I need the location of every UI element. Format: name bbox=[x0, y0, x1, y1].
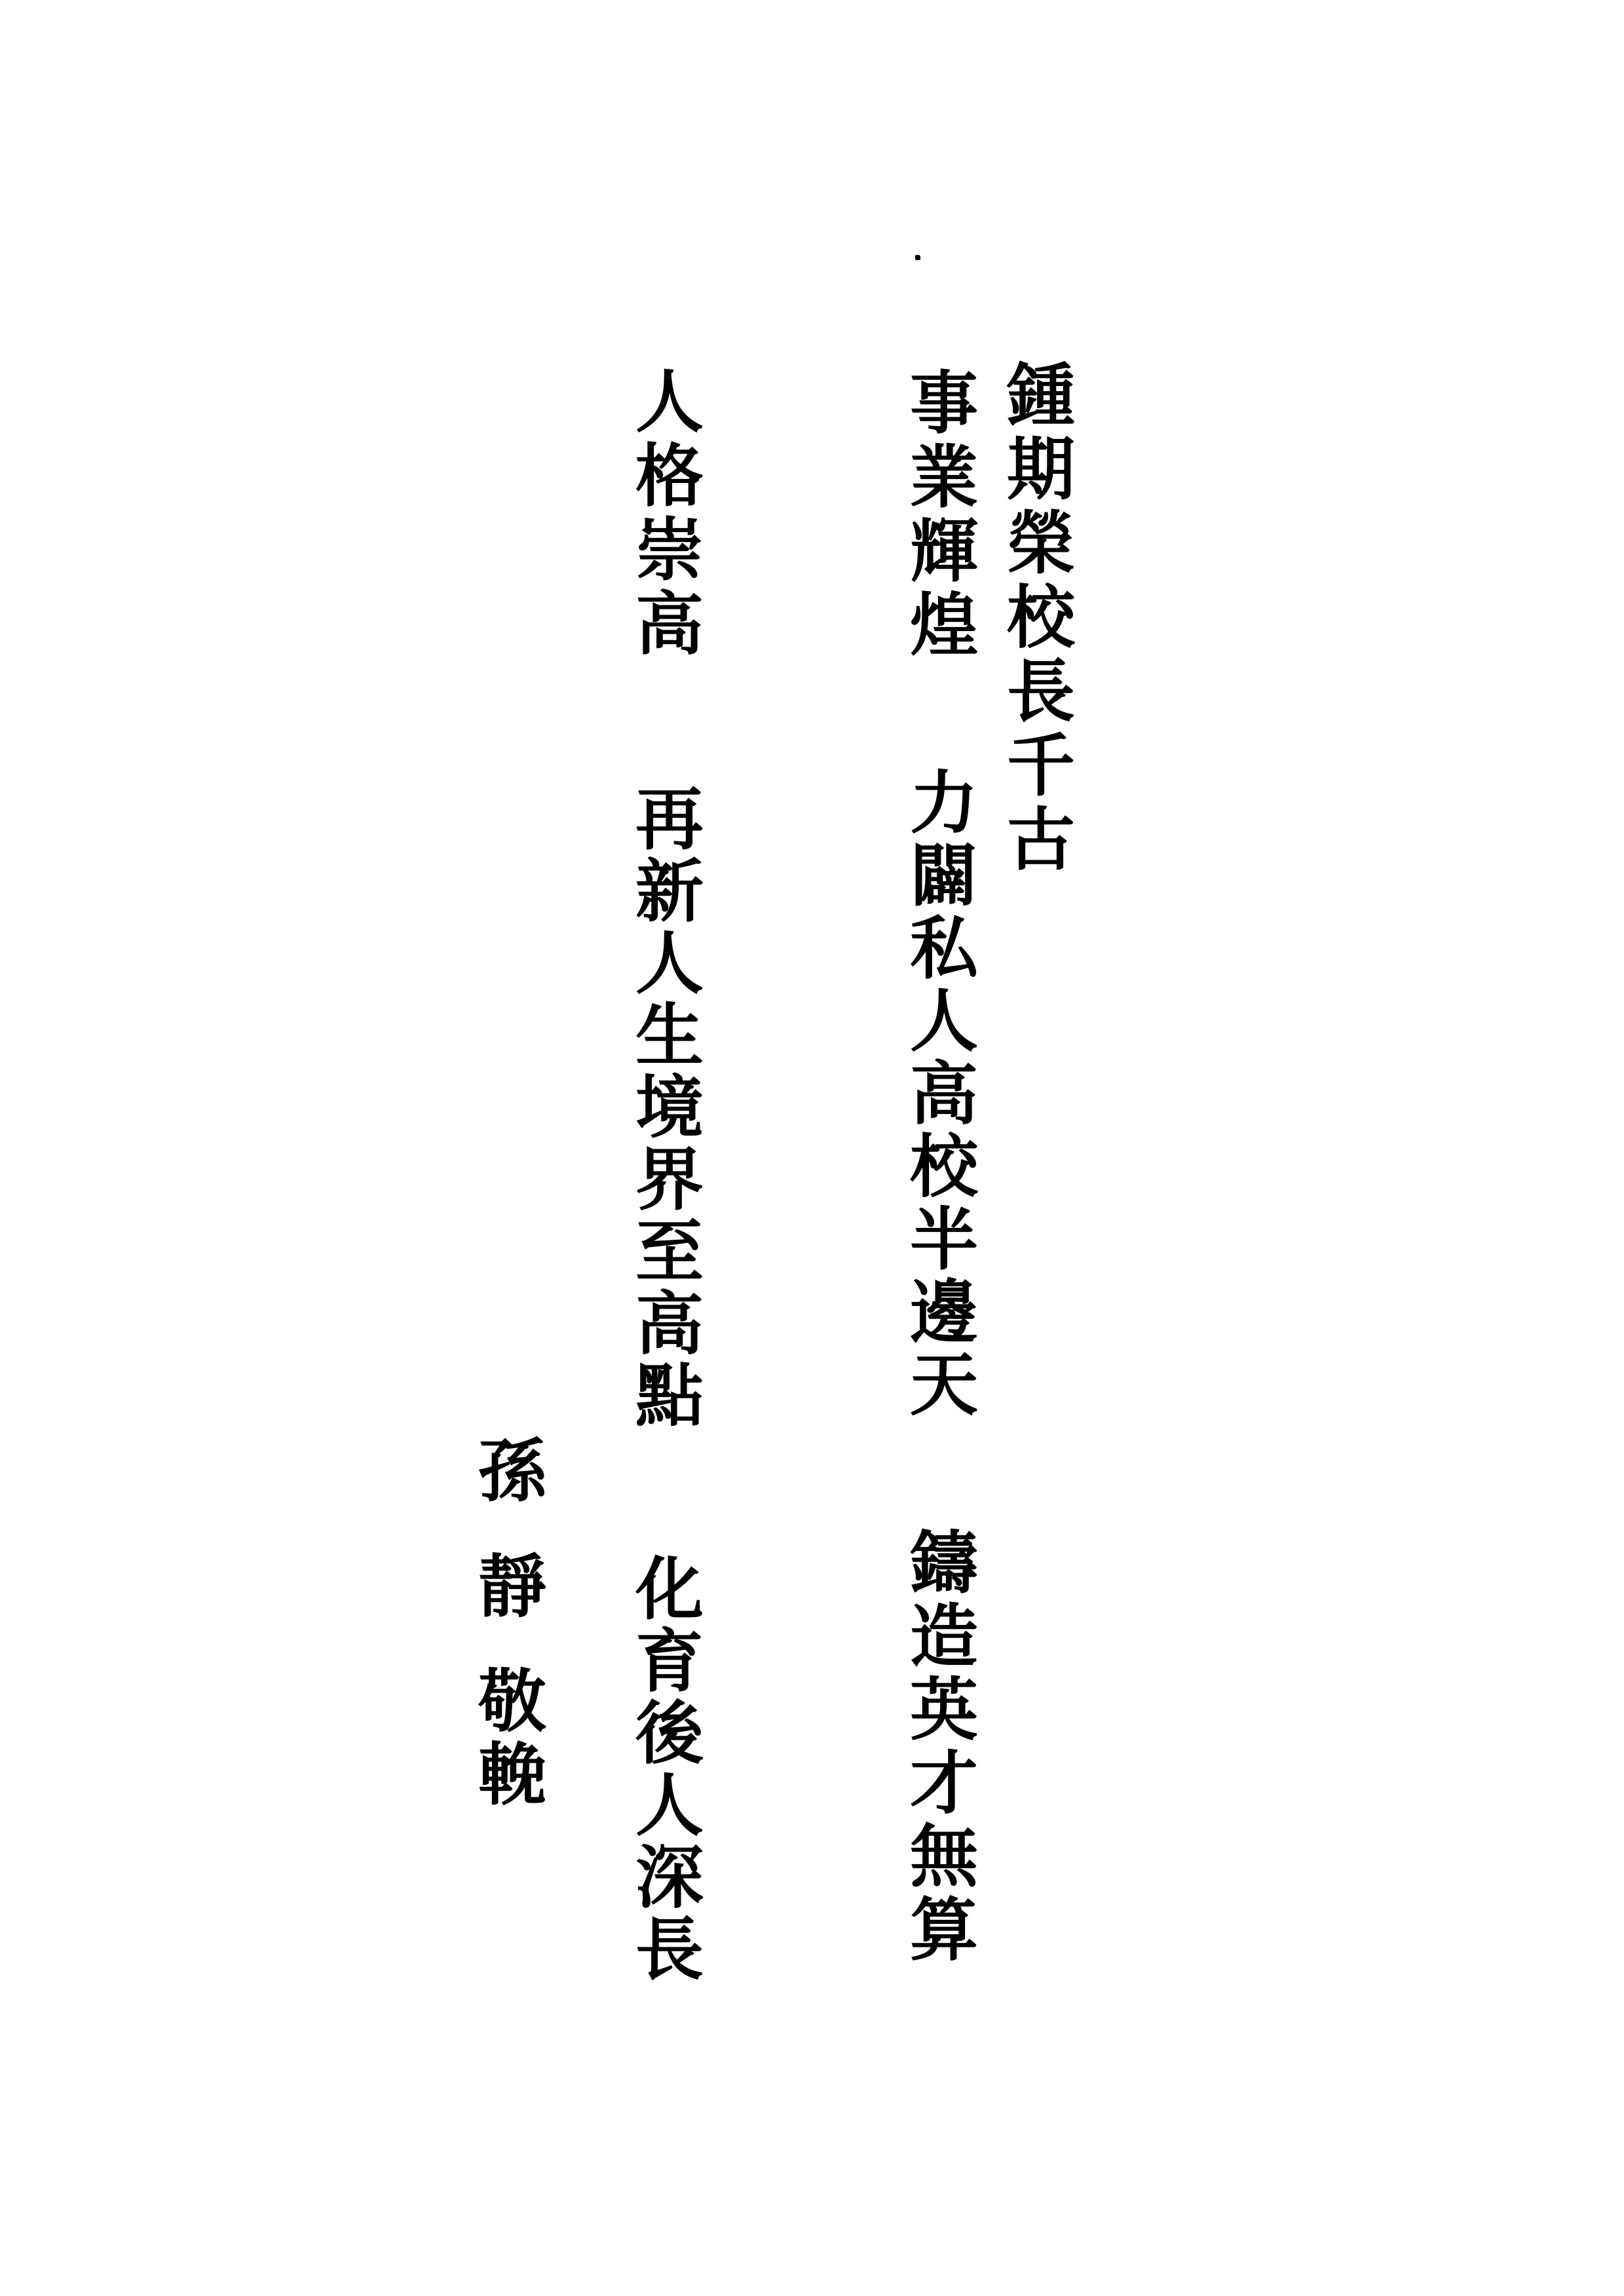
left-line-closing: 化育後人深長 bbox=[630, 1553, 698, 1985]
right-line-opening: 事業輝煌 bbox=[904, 367, 972, 663]
ink-speck bbox=[915, 255, 920, 260]
right-line-closing: 鑄造英才無算 bbox=[904, 1527, 972, 1967]
signature-surname: 孫 bbox=[472, 1435, 540, 1508]
scanned-elegy-page: 鍾期榮校長千古 事業輝煌 力闢私人高校半邊天 鑄造英才無算 人格崇高 再新人生境… bbox=[0, 0, 1624, 2296]
right-line-body: 力闢私人高校半邊天 bbox=[904, 767, 972, 1421]
left-line-opening: 人格崇高 bbox=[630, 366, 698, 662]
signature-given-name: 靜 bbox=[472, 1550, 540, 1624]
dedication-column: 鍾期榮校長千古 bbox=[1001, 359, 1069, 877]
left-line-body: 再新人生境界至高點 bbox=[630, 783, 698, 1432]
signature-valediction: 敬輓 bbox=[472, 1665, 540, 1812]
